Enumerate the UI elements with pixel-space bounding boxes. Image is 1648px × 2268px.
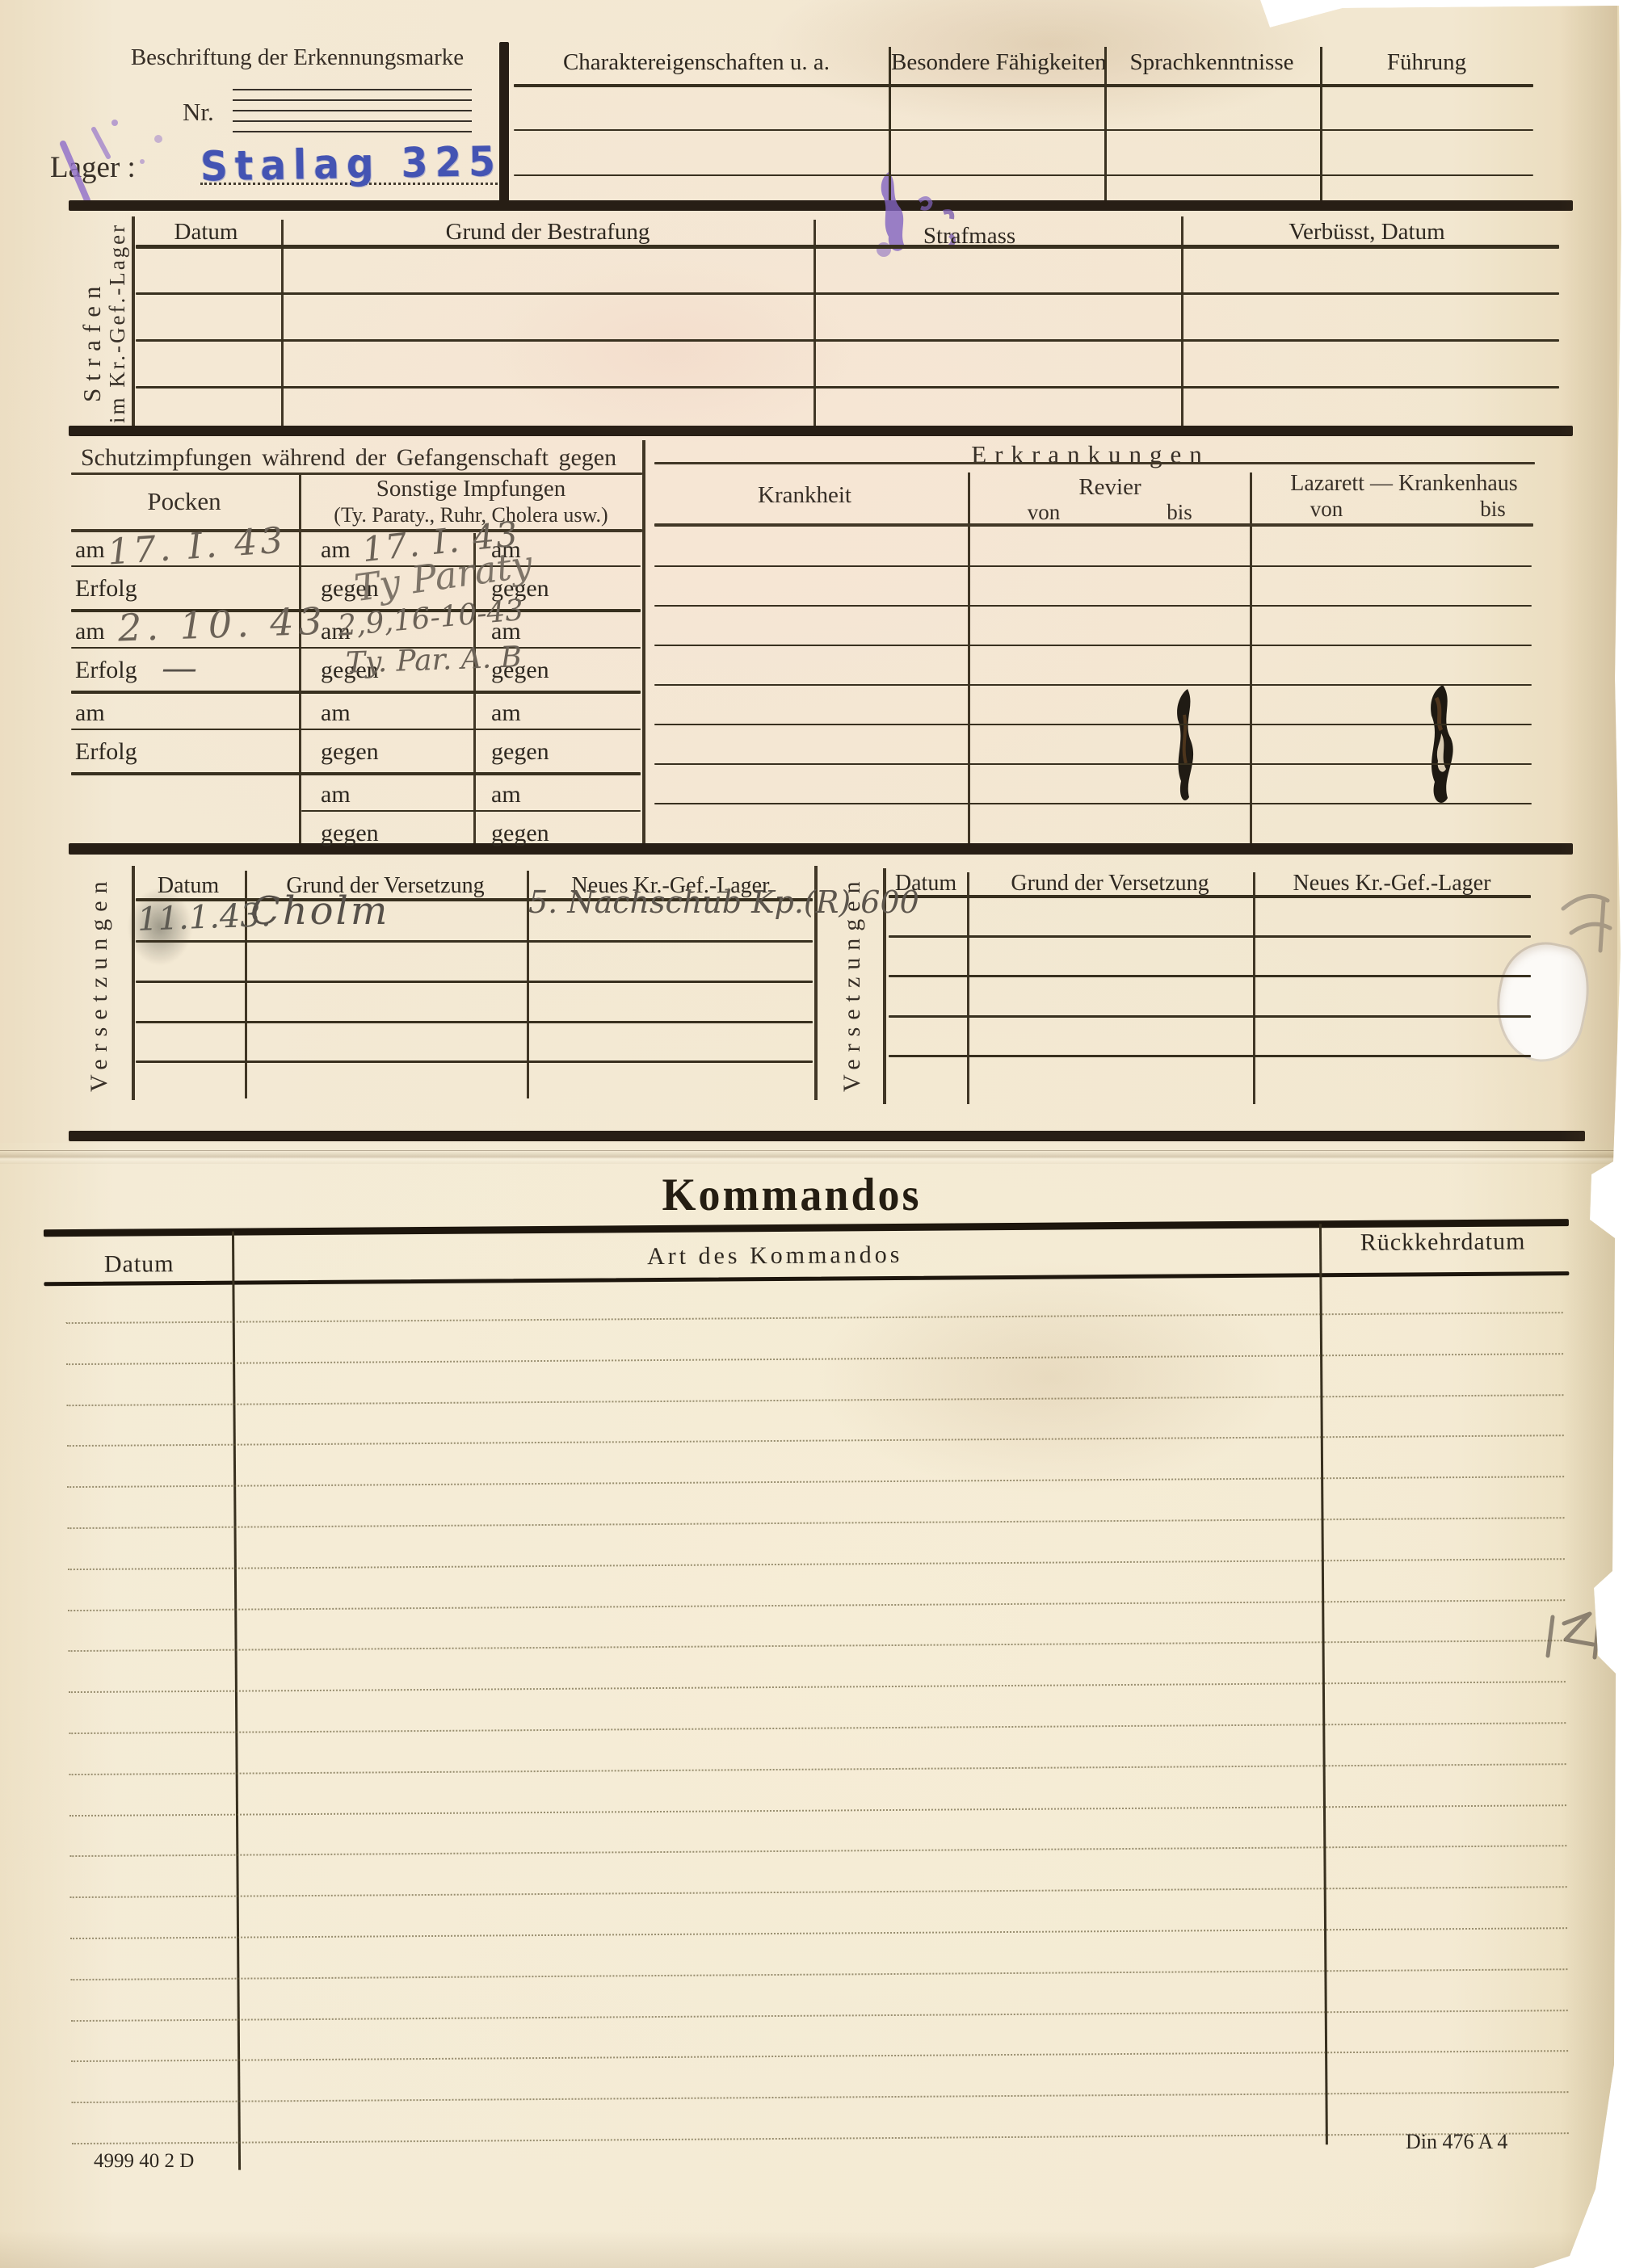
sonstige-b-gegen-label-3: gegen (491, 738, 572, 765)
hw-pocken-erfolg-2: — (162, 651, 197, 687)
versetzungen-r-row-line-4 (889, 1055, 1531, 1057)
kommandos-row-line-2 (66, 1353, 1563, 1365)
kommandos-row-line-21 (72, 2132, 1569, 2144)
id-col-header-4: Führung (1305, 50, 1548, 76)
strafen-col-header-2: Grund der Bestrafung (370, 220, 725, 246)
kommandos-row-line-18 (71, 2010, 1568, 2022)
id-col-divider-3 (1320, 47, 1322, 200)
sonstige-b-am-label-3: am (491, 699, 540, 726)
versetzungen-r-row-line-1 (889, 935, 1531, 938)
impfungen-double-line-2 (71, 691, 641, 694)
versetzungen-r-row-line-3 (889, 1015, 1531, 1018)
erkrankungen-row-line-2 (654, 605, 1532, 607)
kommandos-col-header-3: Rückkehrdatum (1322, 1228, 1564, 1256)
erkrankungen-row-line-4 (654, 684, 1532, 686)
strafen-row-line-3 (136, 339, 1559, 342)
erkrankungen-row-line-5 (654, 724, 1532, 725)
kommandos-row-line-11 (69, 1722, 1566, 1734)
sonstige-a-am-label-4: am (321, 781, 369, 808)
kommandos-row-line-8 (68, 1599, 1565, 1611)
strafen-row-line-4 (136, 386, 1559, 388)
id-col-line-2 (514, 129, 1533, 131)
versetzungen-r-col-header-3: Neues Kr.-Gef.-Lager (1255, 871, 1529, 897)
kommandos-row-line-19 (71, 2050, 1568, 2062)
sonstige-a-am-label-3: am (321, 699, 369, 726)
kommandos-row-line-10 (69, 1681, 1566, 1693)
erkrankungen-row-line-1 (654, 565, 1532, 567)
pocken-erfolg-label-1: Erfolg (75, 575, 164, 602)
versetzungen-r-row-line-2 (889, 975, 1531, 977)
pocken-erfolg-label-2: Erfolg (75, 657, 164, 683)
id-col-header-3: Sprachkenntnisse (1111, 50, 1313, 76)
versetzungen-r-header-line (889, 895, 1531, 898)
kommandos-row-line-17 (70, 1968, 1567, 1980)
id-col-line-3 (514, 174, 1533, 176)
id-col-divider-1 (889, 47, 891, 200)
pocken-am-label-3: am (75, 699, 124, 726)
record-card-page: Beschriftung der Erkennungsmarke Nr. Lag… (0, 0, 1648, 2268)
id-col-line-1 (514, 84, 1533, 87)
impfungen-double-line-3 (71, 772, 641, 775)
sonstige-b-gegen-label-4: gegen (491, 820, 572, 846)
id-col-header-1: Charaktereigenschaften u. a. (515, 50, 878, 76)
strafen-col-header-1: Datum (145, 220, 267, 246)
strafen-col-header-4: Verbüsst, Datum (1230, 220, 1504, 246)
erkrankungen-row-line-6 (654, 763, 1532, 765)
hw-versetzung-neues: 5. Nachschub Kp.(R) 600 (528, 887, 919, 918)
hw-sonstige-gegen-2: Ty. Par. A. B (345, 643, 522, 678)
footer-form-number: 4999 40 2 D (94, 2150, 271, 2173)
versetzungen-l-row-line-3 (136, 1021, 813, 1023)
kommandos-row-line-15 (70, 1886, 1567, 1898)
kommandos-row-line-4 (67, 1434, 1564, 1447)
erkrankungen-row-line-7 (654, 803, 1532, 804)
erkrankungen-row-line-3 (654, 645, 1532, 646)
impfungen-thin-line-3 (71, 729, 641, 730)
impfungen-thin-line-4 (301, 810, 641, 812)
kommandos-col-header-2: Art des Kommandos (444, 1240, 1106, 1271)
pink-cast-upper (0, 0, 1617, 1143)
kommandos-row-line-7 (68, 1558, 1565, 1570)
sonstige-a-gegen-label-3: gegen (321, 738, 401, 765)
strafen-row-line-2 (136, 292, 1559, 295)
strafen-row-line-1 (136, 245, 1559, 249)
kommandos-row-line-3 (66, 1394, 1563, 1406)
id-col-divider-2 (1104, 47, 1107, 200)
kommandos-col-header-1: Datum (66, 1250, 212, 1278)
versetzungen-l-row-line-1 (136, 940, 813, 943)
kommandos-row-line-9 (69, 1640, 1566, 1652)
versetzungen-l-row-line-4 (136, 1060, 813, 1063)
kommandos-row-line-14 (69, 1845, 1566, 1857)
versetzungen-l-row-line-2 (136, 981, 813, 983)
versetzungen-l-col-header-1: Datum (136, 874, 241, 899)
kommandos-row-line-1 (66, 1312, 1563, 1324)
pocken-am-label-2: am (75, 618, 124, 645)
versetzungen-r-col-header-2: Grund der Versetzung (973, 871, 1247, 897)
kommandos-row-line-13 (69, 1804, 1566, 1816)
kommandos-row-line-5 (67, 1476, 1564, 1488)
kommandos-row-line-6 (68, 1517, 1565, 1529)
sonstige-a-gegen-label-4: gegen (321, 820, 401, 846)
kommandos-row-line-20 (71, 2091, 1568, 2103)
kommandos-row-line-12 (69, 1763, 1566, 1775)
footer-din-label: Din 476 A 4 (1406, 2131, 1567, 2154)
sonstige-b-am-label-4: am (491, 781, 540, 808)
pocken-erfolg-label-3: Erfolg (75, 738, 164, 765)
hw-versetzung-grund: Cholm (250, 892, 389, 930)
edge-shade-bottom (0, 2231, 1617, 2268)
hw-pocken-am-2: 2. 10. 43 (117, 602, 327, 646)
id-col-header-2: Besondere Fähigkeiten (891, 50, 1101, 76)
kommandos-row-line-16 (70, 1927, 1567, 1939)
